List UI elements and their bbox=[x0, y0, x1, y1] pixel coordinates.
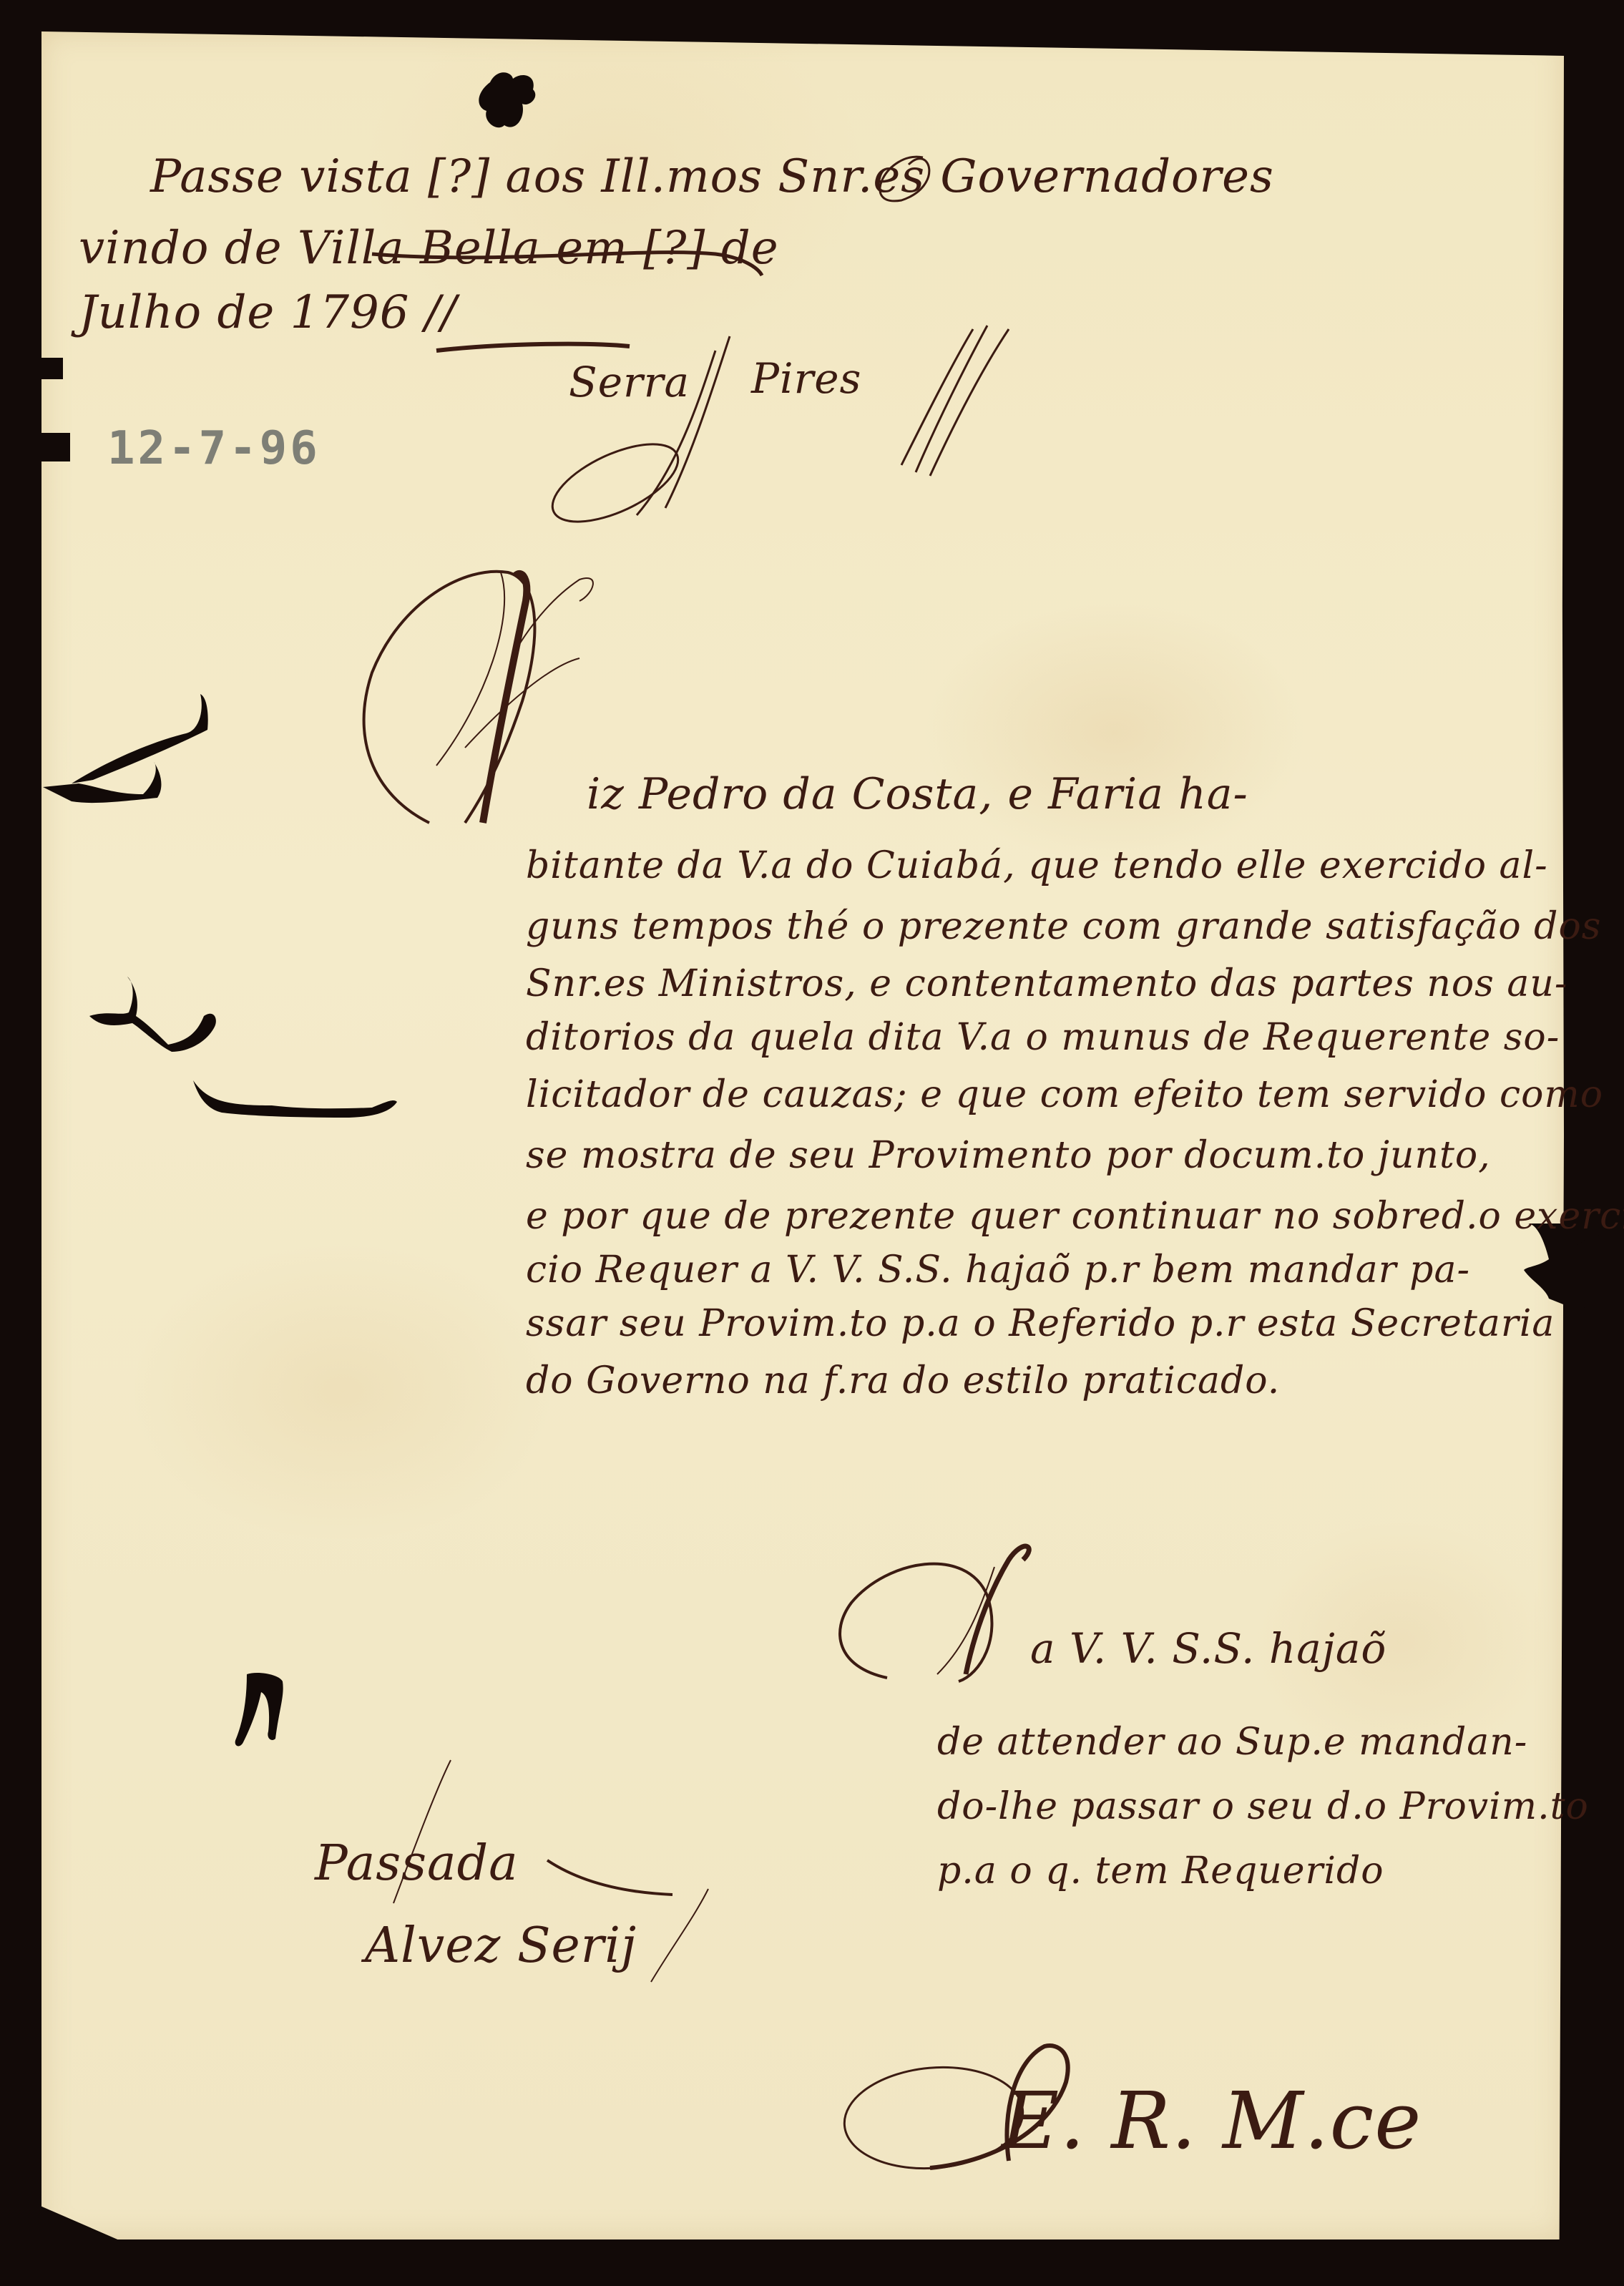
petition-line-4: Snr.es Ministros, e contentamento das pa… bbox=[526, 962, 1567, 1005]
petition-line-11: do Governo na f.ra do estilo praticado. bbox=[526, 1359, 1280, 1402]
closing-formula: E. R. M.ce bbox=[1002, 2075, 1422, 2167]
closing-line-4: p.a o q. tem Requerido bbox=[937, 1850, 1384, 1892]
signature-flourish bbox=[537, 308, 1037, 522]
closing-line-2: de attender ao Sup.e mandan- bbox=[937, 1721, 1527, 1764]
petition-line-2: bitante da V.a do Cuiabá, que tendo elle… bbox=[526, 844, 1548, 887]
edge-tear-1 bbox=[41, 358, 63, 379]
ink-blot-bottom-left bbox=[215, 1667, 300, 1760]
closing-line-1: a V. V. S.S. hajaõ bbox=[1030, 1624, 1386, 1673]
petition-line-7: se mostra de seu Provimento por docum.to… bbox=[526, 1134, 1491, 1177]
edge-tear-2 bbox=[41, 433, 70, 461]
petition-line-8: e por que de prezente quer continuar no … bbox=[526, 1195, 1624, 1238]
petition-line-1: iz Pedro da Costa, e Faria ha- bbox=[587, 769, 1248, 819]
petition-line-9: cio Requer a V. V. S.S. hajaõ p.r bem ma… bbox=[526, 1249, 1470, 1291]
closing-line-3: do-lhe passar o seu d.o Provim.to bbox=[937, 1785, 1589, 1828]
petition-line-3: guns tempos thé o prezente com grande sa… bbox=[526, 905, 1601, 948]
petition-line-5: ditorios da quela dita V.a o munus de Re… bbox=[526, 1016, 1560, 1059]
archive-reference-number: 12-7-96 bbox=[107, 422, 321, 475]
petition-line-10: ssar seu Provim.to p.a o Referido p.r es… bbox=[526, 1302, 1555, 1345]
petition-line-6: licitador de cauzas; e que com efeito te… bbox=[526, 1073, 1603, 1116]
